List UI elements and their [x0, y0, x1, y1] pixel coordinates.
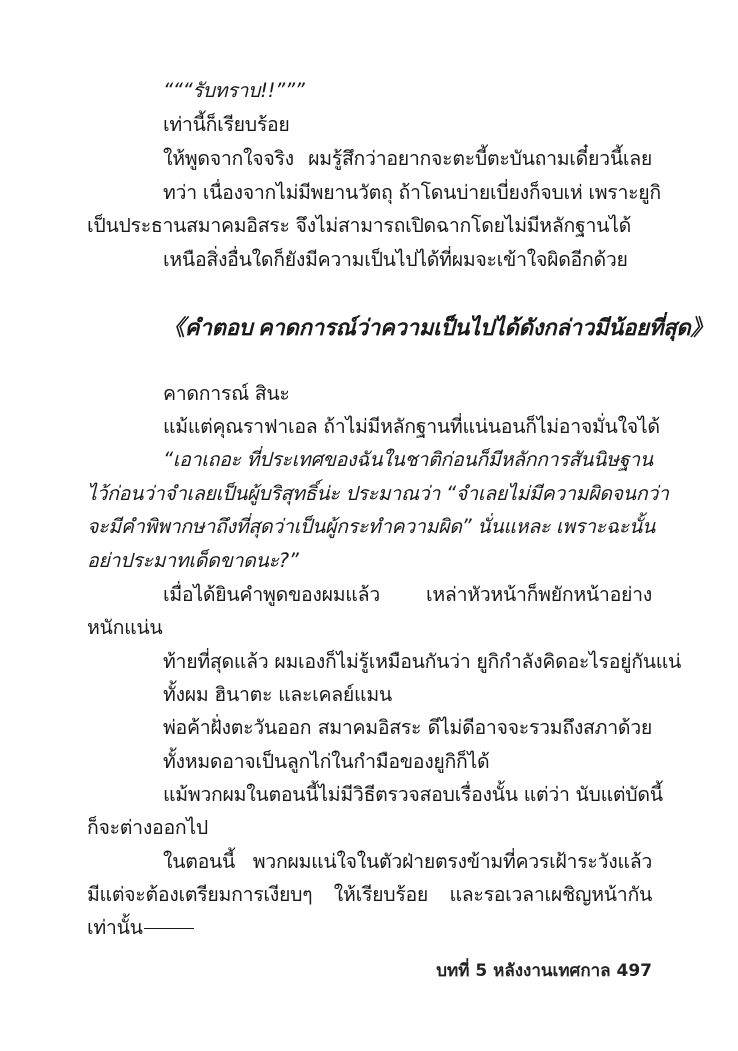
paragraph-line: ก็จะต่างออกไป — [87, 811, 208, 845]
section-heading: 《คำตอบ คาดการณ์ว่าความเป็นไปได้ดังกล่าวม… — [163, 308, 653, 348]
paragraph-line: หนักแน่น — [87, 611, 162, 645]
paragraph-line: ในตอนนี้ พวกผมแน่ใจในตัวฝ่ายตรงข้ามที่คว… — [163, 845, 652, 879]
paragraph-line: เมื่อได้ยินคำพูดของผมแล้ว เหล่าหัวหน้าก็… — [163, 578, 652, 612]
paragraph-line: พ่อค้าฝั่งตะวันออก สมาคมอิสระ ดีไม่ดีอาจ… — [163, 711, 652, 745]
paragraph-line: ทว่า เนื่องจากไม่มีพยานวัตถุ ถ้าโดนบ่ายเ… — [163, 176, 652, 210]
paragraph-line: แม้พวกผมในตอนนี้ไม่มีวิธีตรวจสอบเรื่องนั… — [163, 778, 652, 812]
running-footer: บทที่ 5 หลังงานเทศกาล 497 — [412, 956, 652, 986]
paragraph-line: คาดการณ์ สินะ — [163, 377, 290, 411]
dialogue-line: อย่าประมาทเด็ดขาดนะ?” — [87, 544, 299, 578]
dialogue-line: “เอาเถอะ ที่ประเทศของฉันในชาติก่อนก็มีหล… — [163, 443, 652, 477]
paragraph-line: เหนือสิ่งอื่นใดก็ยังมีความเป็นไปได้ที่ผม… — [163, 243, 652, 277]
paragraph-line: ทั้งผม ฮินาตะ และเคลย์แมน — [163, 678, 392, 712]
paragraph-line: ทั้งหมดอาจเป็นลูกไก่ในกำมือของยูกิก็ได้ — [163, 745, 489, 779]
dialogue-line: จะมีคำพิพากษาถึงที่สุดว่าเป็นผู้กระทำควา… — [87, 510, 652, 544]
dialogue-line: ไว้ก่อนว่าจำเลยเป็นผู้บริสุทธิ์น่ะ ประมา… — [87, 477, 652, 511]
paragraph-line: ให้พูดจากใจจริง ผมรู้สึกว่าอยากจะตะบี้ตะ… — [163, 142, 652, 176]
paragraph-line: แม้แต่คุณราฟาเอล ถ้าไม่มีหลักฐานที่แน่นอ… — [163, 410, 652, 444]
paragraph-line: เท่านี้ก็เรียบร้อย — [163, 108, 290, 142]
dialogue-line: “““รับทราบ!!””” — [163, 74, 305, 108]
paragraph-line-last: เท่านั้น — [87, 911, 194, 945]
book-page: “““รับทราบ!!””” เท่านี้ก็เรียบร้อย ให้พู… — [0, 0, 738, 1051]
paragraph-line: เป็นประธานสมาคมอิสระ จึงไม่สามารถเปิดฉาก… — [87, 209, 631, 243]
em-dash-rule — [144, 928, 194, 929]
paragraph-text: เท่านั้น — [87, 916, 143, 939]
paragraph-line: ท้ายที่สุดแล้ว ผมเองก็ไม่รู้เหมือนกันว่า… — [163, 645, 652, 679]
paragraph-line: มีแต่จะต้องเตรียมการเงียบๆ ให้เรียบร้อย … — [87, 878, 652, 912]
